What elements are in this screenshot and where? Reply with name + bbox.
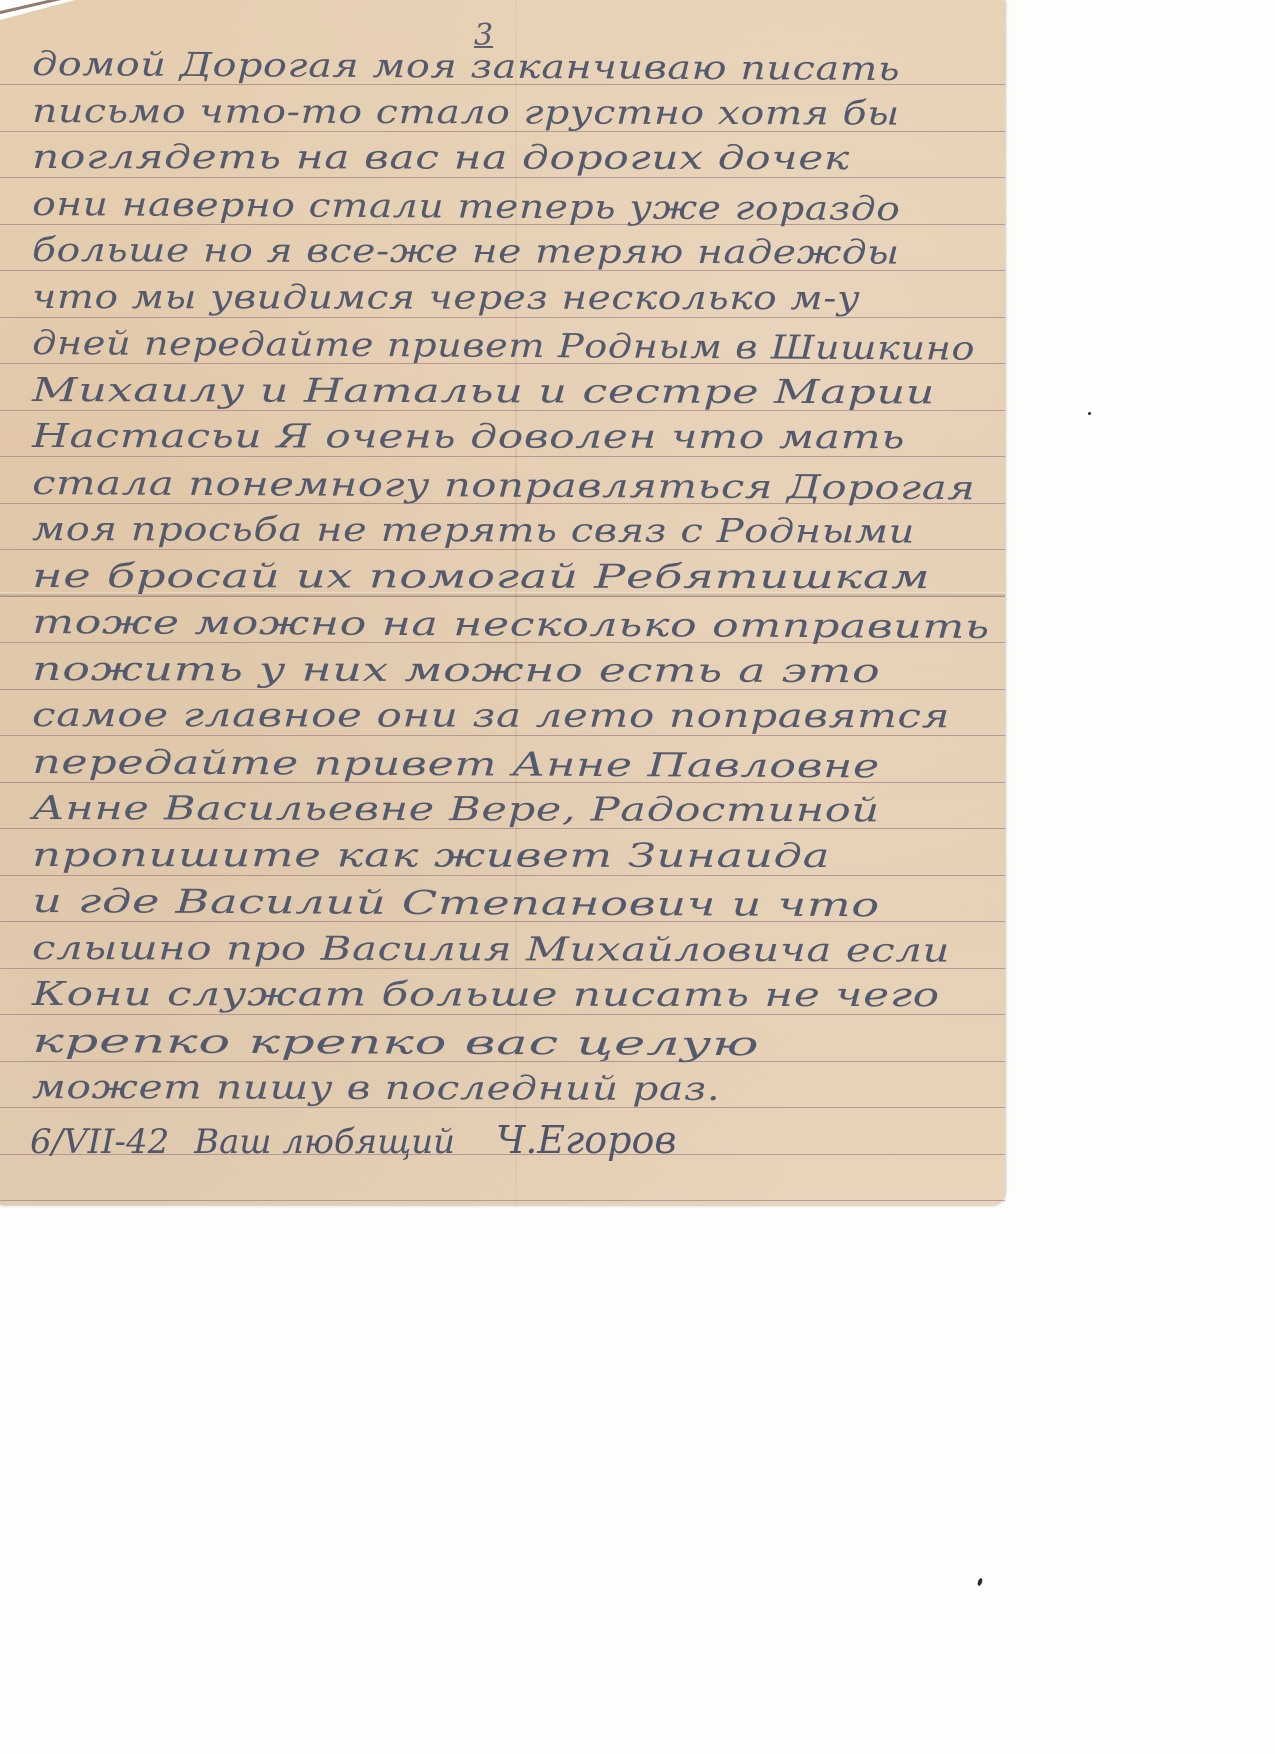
letter-line: Михаилу и Натальи и сестре Марии [32, 370, 935, 411]
letter-line: пожить у них можно есть а это [32, 649, 880, 690]
letter-date: 6/VII-42 [30, 1122, 169, 1162]
letter-line: тоже можно на несколько отправить [32, 602, 990, 646]
ruled-line [0, 1200, 1005, 1201]
closing-line: 6/VII-42 Ваш любящий Ч.Егоров [30, 1118, 676, 1162]
sign-off: Ваш любящий [194, 1122, 455, 1162]
letter-line: может пишу в последний раз. [32, 1067, 720, 1108]
letter-line: самое главное они за лето поправятся [32, 695, 950, 735]
ruled-line [0, 456, 1005, 457]
ruled-line [0, 1014, 1005, 1015]
letter-line: домой Дорогая моя заканчиваю писать [32, 44, 900, 88]
ruled-line [0, 735, 1005, 736]
letter-line: дней передайте привет Родным в Шишкино [32, 323, 975, 368]
letter-line: слышно про Василия Михайловича если [32, 928, 950, 970]
letter-line: они наверно стали теперь уже гораздо [32, 184, 901, 228]
ruled-line [0, 875, 1005, 876]
letter-line: письмо что-то стало грустно хотя бы [32, 91, 900, 133]
letter-line: стала понемногу поправляться Дорогая [32, 463, 976, 507]
signature: Ч.Егоров [496, 1118, 677, 1162]
letter-line: Анне Васильевне Вере, Радостиной [32, 788, 880, 829]
letter-line: что мы увидимся через несколько м-у [32, 277, 860, 317]
letter-line: Настасьи Я очень доволен что мать [32, 416, 905, 456]
letter-line: не бросай их помогай Ребятишкам [32, 556, 930, 596]
letter-line: Кони служат больше писать не чего [32, 974, 940, 1014]
letter-line: и где Василий Степанович и что [32, 881, 880, 924]
letter-line: поглядеть на вас на дорогих дочек [32, 137, 850, 177]
letter-line: пропишите как живет Зинаида [32, 835, 830, 875]
letter-line: передайте привет Анне Павловне [32, 742, 880, 785]
ruled-line [0, 177, 1005, 178]
letter-line: моя просьба не терять связ с Родными [32, 509, 915, 551]
letter-page: 3 домой Дорогая моя заканчиваю писатьпис… [0, 0, 1005, 1205]
letter-line: крепко крепко вас целую [32, 1021, 760, 1063]
letter-line: больше но я все-же не теряю надежды [32, 230, 900, 272]
